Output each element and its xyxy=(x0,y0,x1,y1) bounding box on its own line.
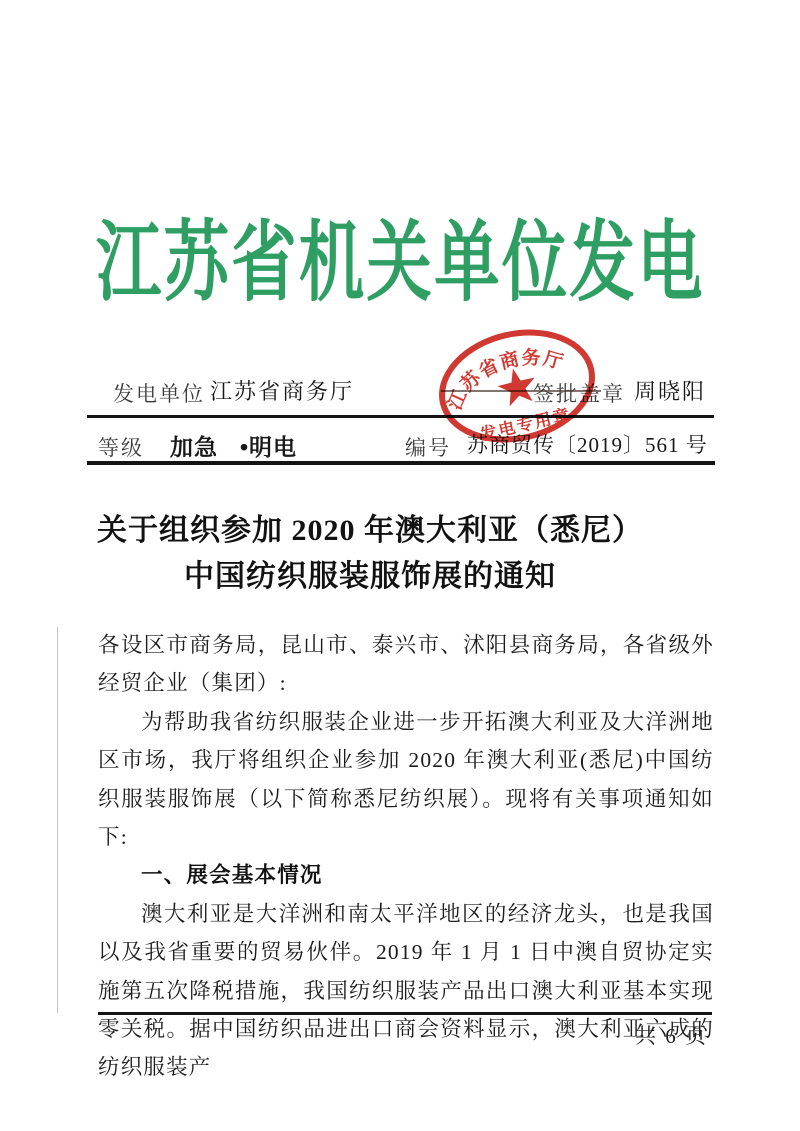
document-page: 江苏省机关单位发电 发电单位 江苏省商务厅 签批盖章 周晓阳 等级 加急 •明电… xyxy=(0,0,800,1131)
divider-rule-top xyxy=(87,415,714,418)
urgency-level-label: 等级 xyxy=(98,432,144,462)
scan-artifact-line xyxy=(57,627,58,1013)
page-count: 共 6 页 xyxy=(635,1020,708,1050)
document-title: 关于组织参加 2020 年澳大利亚（悉尼） 中国纺织服装服饰展的通知 xyxy=(60,508,680,600)
document-title-line1: 关于组织参加 2020 年澳大利亚（悉尼） xyxy=(60,508,680,554)
document-body: 各设区市商务局，昆山市、泰兴市、沭阳县商务局，各省级外经贸企业（集团）: 为帮助… xyxy=(98,626,714,1087)
sender-unit-label: 发电单位 xyxy=(113,378,205,408)
sender-unit-value: 江苏省商务厅 xyxy=(210,375,354,406)
intro-paragraph: 为帮助我省纺织服装企业进一步开拓澳大利亚及大洋洲地区市场，我厅将组织企业参加 2… xyxy=(98,703,714,857)
telegram-type-value: •明电 xyxy=(240,429,297,462)
document-title-line2: 中国纺织服装服饰展的通知 xyxy=(60,554,680,600)
section-1-heading: 一、展会基本情况 xyxy=(98,856,714,894)
divider-rule-bottom xyxy=(87,461,715,465)
footer-rule xyxy=(98,1012,712,1015)
salutation-paragraph: 各设区市商务局，昆山市、泰兴市、沭阳县商务局，各省级外经贸企业（集团）: xyxy=(98,626,714,703)
telegram-header-title: 江苏省机关单位发电 xyxy=(96,214,704,312)
seal-arc-text: 江苏省商务厅 xyxy=(435,336,575,417)
section-1-paragraph: 澳大利亚是大洋洲和南太平洋地区的经济龙头，也是我国以及我省重要的贸易伙伴。201… xyxy=(98,895,714,1087)
signer-name: 周晓阳 xyxy=(634,375,706,406)
urgency-level-value: 加急 xyxy=(170,429,218,462)
document-number-label: 编号 xyxy=(405,432,451,462)
